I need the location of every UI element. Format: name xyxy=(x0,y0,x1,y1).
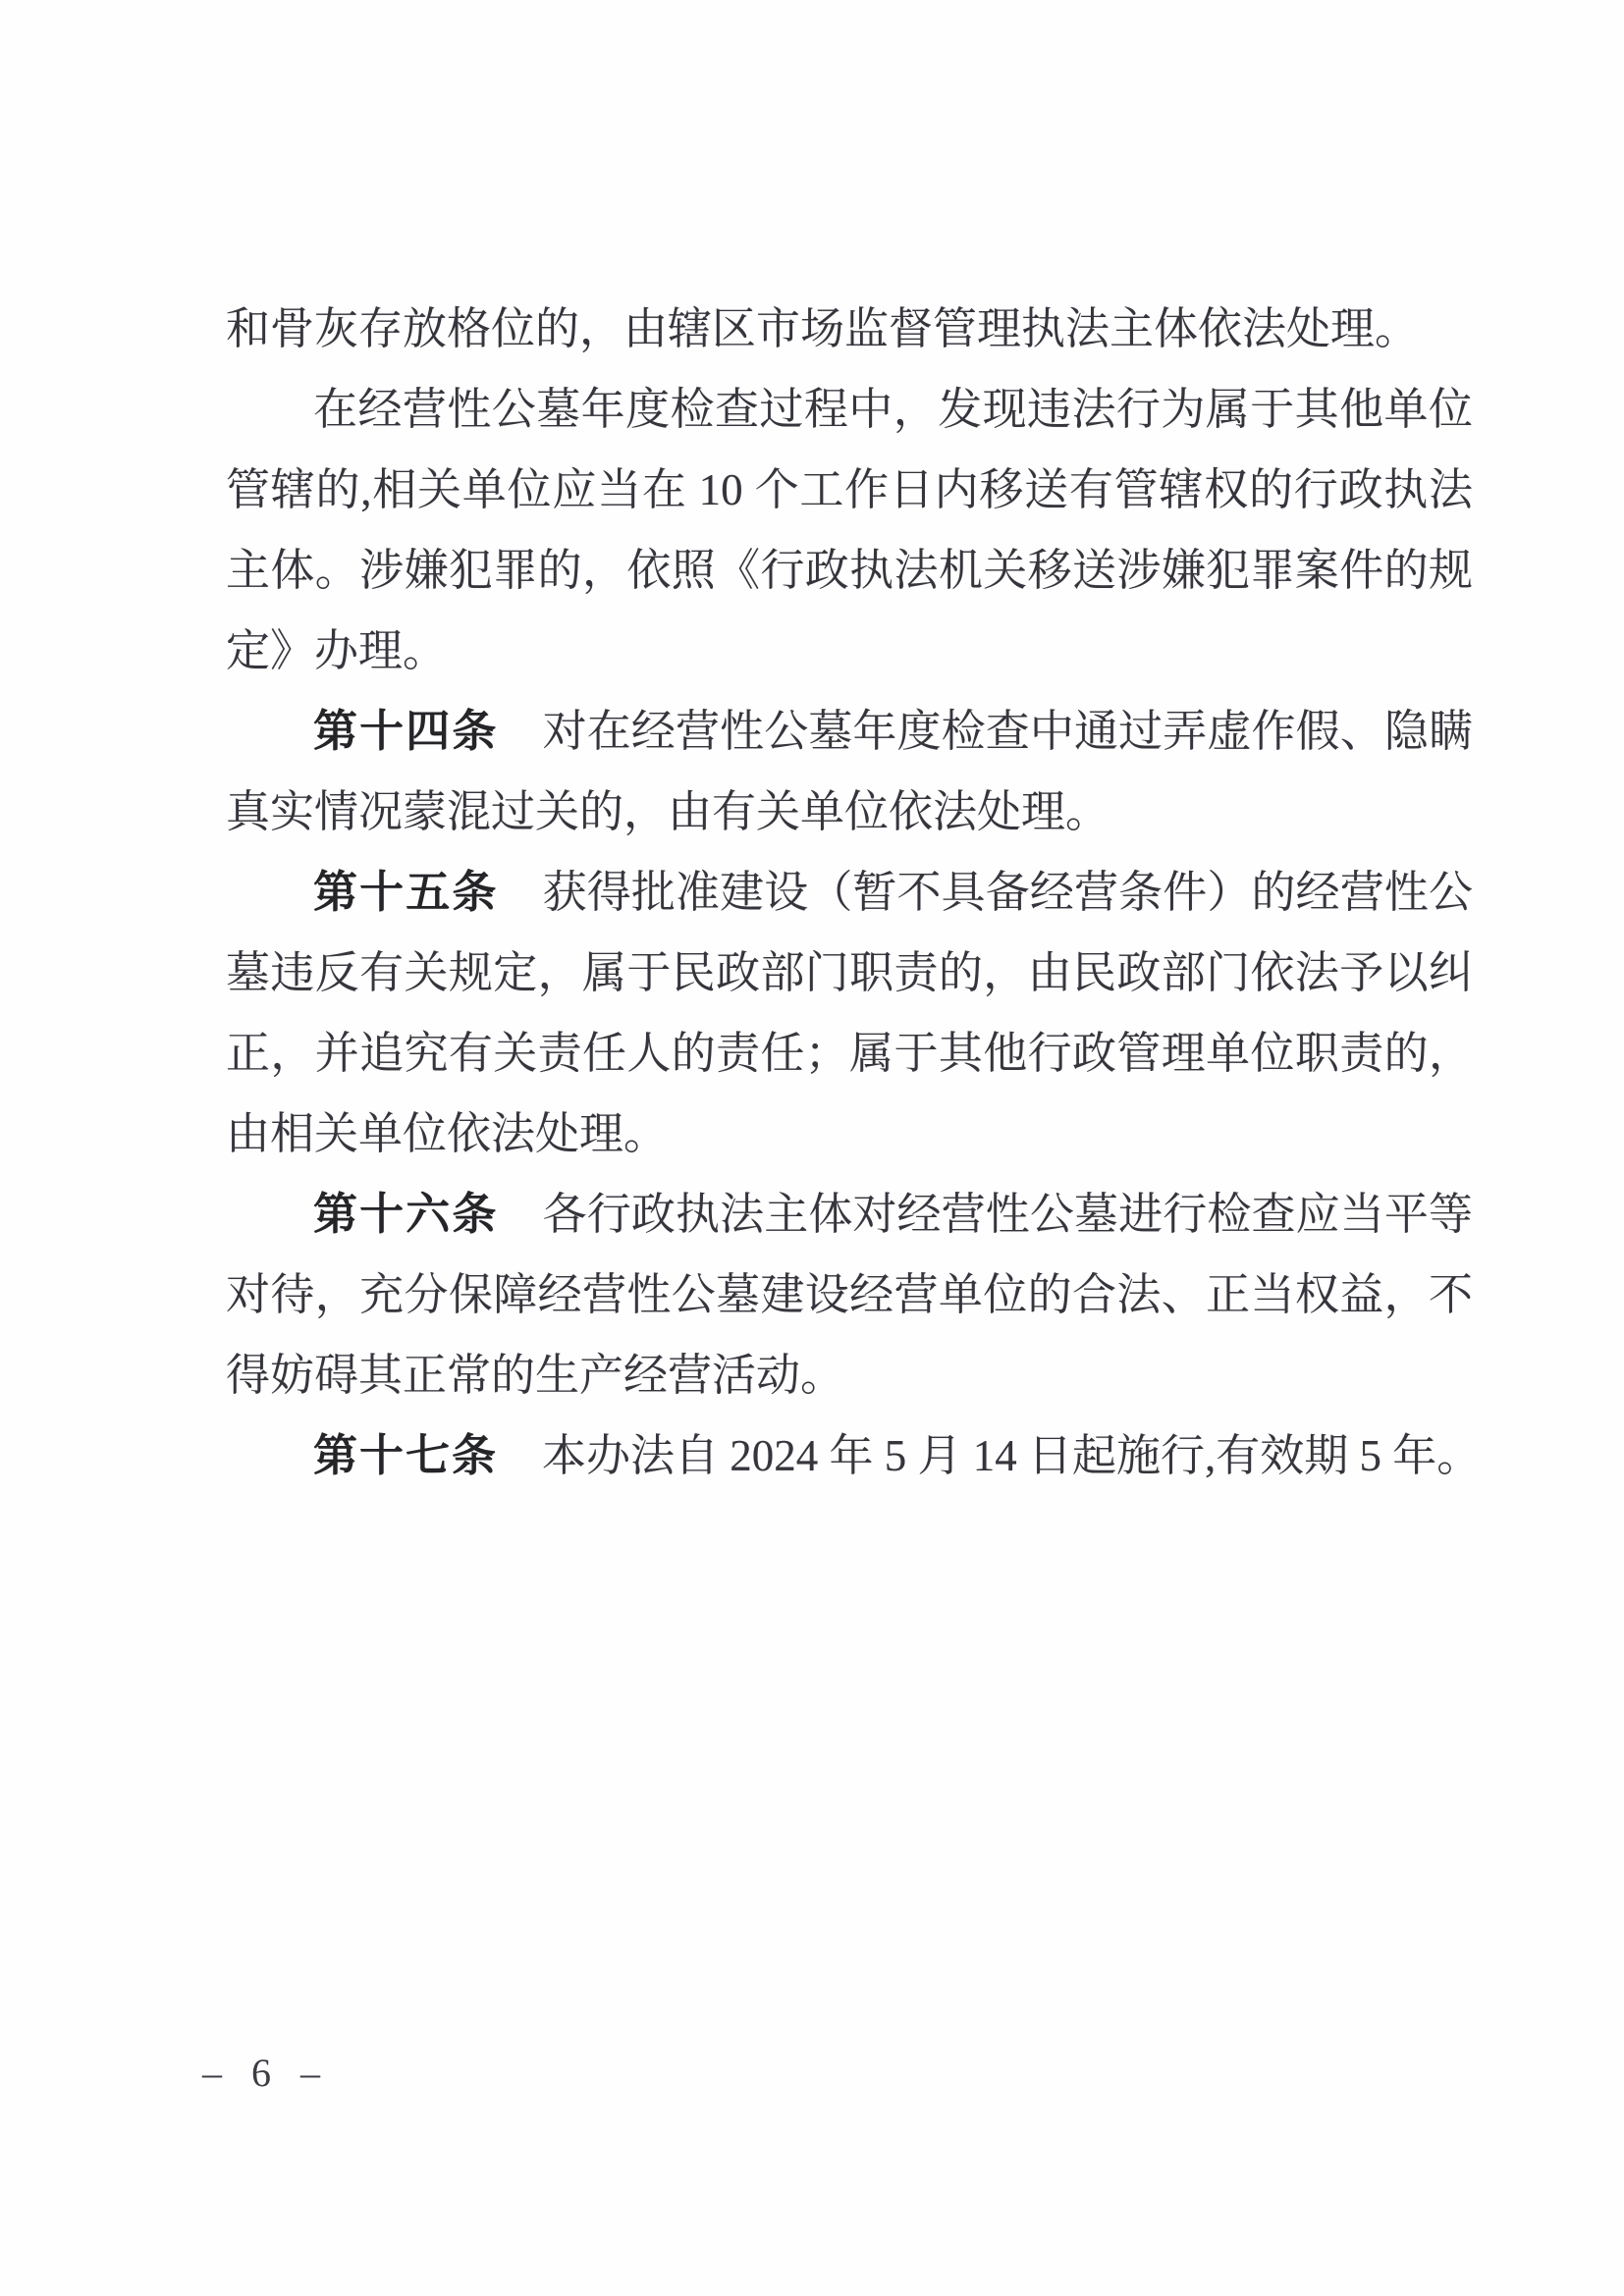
text-run: 各行政执法主体对经营性公墓进行检查应当平等 xyxy=(498,1190,1473,1239)
text-run: 正，并追究有关责任人的责任；属于其他行政管理单位职责的， xyxy=(226,1029,1473,1078)
text-run: 管辖的,相关单位应当在 10 个工作日内移送有管辖权的行政执法 xyxy=(226,465,1473,514)
text-run: 主体。涉嫌犯罪的，依照《行政执法机关移送涉嫌犯罪案件的规 xyxy=(226,546,1473,595)
text-run: 和骨灰存放格位的，由辖区市场监督管理执法主体依法处理。 xyxy=(226,304,1419,353)
text-line: 在经营性公墓年度检查过程中，发现违法行为属于其他单位 xyxy=(226,369,1473,450)
page-number: – 6 – xyxy=(202,2050,330,2097)
text-line: 第十六条 各行政执法主体对经营性公墓进行检查应当平等 xyxy=(226,1174,1473,1255)
text-line: 真实情况蒙混过关的，由有关单位依法处理。 xyxy=(226,772,1473,852)
text-run: 本办法自 2024 年 5 月 14 日起施行,有效期 5 年。 xyxy=(498,1431,1481,1480)
text-line: 正，并追究有关责任人的责任；属于其他行政管理单位职责的， xyxy=(226,1013,1473,1094)
article-number: 第十六条 xyxy=(313,1189,498,1239)
document-page: 和骨灰存放格位的，由辖区市场监督管理执法主体依法处理。在经营性公墓年度检查过程中… xyxy=(0,0,1624,2296)
text-line: 对待，充分保障经营性公墓建设经营单位的合法、正当权益，不 xyxy=(226,1255,1473,1335)
text-line: 管辖的,相关单位应当在 10 个工作日内移送有管辖权的行政执法 xyxy=(226,450,1473,530)
text-line: 墓违反有关规定，属于民政部门职责的，由民政部门依法予以纠 xyxy=(226,933,1473,1013)
article-number: 第十四条 xyxy=(313,706,498,756)
text-line: 由相关单位依法处理。 xyxy=(226,1094,1473,1174)
text-run: 墓违反有关规定，属于民政部门职责的，由民政部门依法予以纠 xyxy=(226,948,1473,997)
document-body: 和骨灰存放格位的，由辖区市场监督管理执法主体依法处理。在经营性公墓年度检查过程中… xyxy=(226,289,1473,1496)
text-run: 得妨碍其正常的生产经营活动。 xyxy=(226,1351,844,1400)
text-run: 对待，充分保障经营性公墓建设经营单位的合法、正当权益，不 xyxy=(226,1270,1473,1319)
text-run: 定》办理。 xyxy=(226,626,447,675)
article-number: 第十七条 xyxy=(313,1430,498,1480)
text-run: 由相关单位依法处理。 xyxy=(226,1109,668,1158)
text-line: 第十四条 对在经营性公墓年度检查中通过弄虚作假、隐瞒 xyxy=(226,691,1473,772)
article-number: 第十五条 xyxy=(313,867,498,917)
text-line: 主体。涉嫌犯罪的，依照《行政执法机关移送涉嫌犯罪案件的规 xyxy=(226,530,1473,611)
text-run: 对在经营性公墓年度检查中通过弄虚作假、隐瞒 xyxy=(498,707,1473,756)
text-run: 在经营性公墓年度检查过程中，发现违法行为属于其他单位 xyxy=(313,385,1473,434)
text-line: 得妨碍其正常的生产经营活动。 xyxy=(226,1335,1473,1415)
text-line: 定》办理。 xyxy=(226,611,1473,691)
text-line: 第十七条 本办法自 2024 年 5 月 14 日起施行,有效期 5 年。 xyxy=(226,1415,1473,1496)
text-line: 第十五条 获得批准建设（暂不具备经营条件）的经营性公 xyxy=(226,852,1473,933)
text-line: 和骨灰存放格位的，由辖区市场监督管理执法主体依法处理。 xyxy=(226,289,1473,369)
text-run: 获得批准建设（暂不具备经营条件）的经营性公 xyxy=(498,868,1473,917)
text-run: 真实情况蒙混过关的，由有关单位依法处理。 xyxy=(226,787,1110,836)
